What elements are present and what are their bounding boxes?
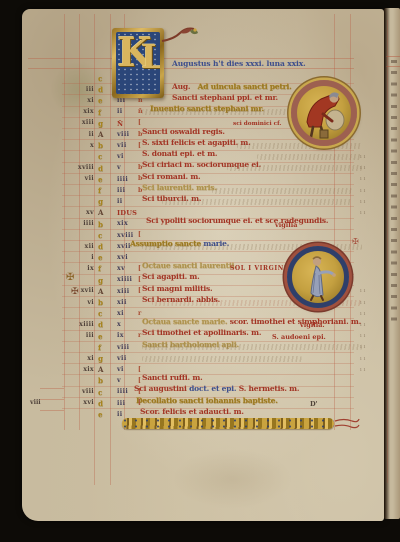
kl-initial-panel: K L [116,32,160,94]
roman-day-numeral: v [117,164,121,171]
ghost-numeral: ıı [360,311,367,317]
virgo-figure-icon [292,251,344,303]
margin-cross-icon: ✠ [66,273,74,283]
dominical-letter: A [98,208,103,217]
red-pen-flourish-icon [334,416,360,432]
rubric-mark: [ [138,276,141,283]
dominical-letter: d [98,320,103,329]
ghost-text [257,154,362,160]
marginal-note: vigilia [275,221,297,229]
dominical-letter: e [98,175,102,184]
rubric-mark: [ [138,265,141,272]
golden-number: i [48,254,94,261]
ghost-numeral: ıı [360,344,367,350]
manuscript-page: K L Augustus h't dies xxxi. luna xxix. c… [22,9,384,521]
golden-number: ix [48,265,94,272]
golden-number: vi [48,299,94,306]
roman-day-numeral: xvi [117,254,128,261]
ghost-numeral: ıı [360,176,367,182]
calendar-row: viiebiiiiSci laurentii. mris.ıı [62,174,354,185]
roman-day-numeral: ii [117,108,123,115]
golden-number: viii [30,399,41,406]
marginal-note: SOL I VIRGINE [230,265,289,272]
golden-number: iiii [48,220,94,227]
dominical-letter: A [98,365,103,374]
roman-day-numeral: vii [117,355,127,362]
golden-number: xiii [48,119,94,126]
roman-day-numeral: iii [117,97,125,104]
ghost-numeral: ıı [360,199,367,205]
ghost-numeral: ıı [360,210,367,216]
marginal-note: vigilia. [300,321,325,329]
ghost-numeral: ıı [360,367,367,373]
dominical-letter: b [98,141,103,150]
margin-cross-icon: ✠ [71,288,79,297]
golden-number: xix [48,108,94,115]
roman-day-numeral: ii [117,198,123,205]
dominical-letter: b [98,220,103,229]
roman-day-numeral: viii [117,344,129,351]
roman-day-numeral: IDUS [117,209,137,217]
ghost-text [212,188,352,194]
roman-day-numeral: ix [117,332,124,339]
facing-page-marginal-numerals [391,60,397,322]
dominical-letter: g [98,119,103,128]
ghost-numeral: ıı [360,333,367,339]
dominical-letter: c [98,152,102,161]
rubric-mark: [ [138,287,141,294]
ghost-numeral: ıı [360,300,367,306]
dominical-letter: e [98,332,102,341]
ghost-numeral: ıı [360,154,367,160]
rubric-mark: r [138,332,141,339]
facing-page-ruling-vertical [387,20,388,483]
dominical-letter: A [98,130,103,139]
calendar-row: iiierixSancti bartholomei apli.S. audoen… [62,331,354,342]
calendar-row: cviSci ciriaci m. sociorumque ei.ıı [62,151,354,162]
calendar-row: xvid[iiiScor. felicis et adaucti. m.D' [62,398,354,409]
dominical-letter: b [98,376,103,385]
roman-day-numeral: vi [117,153,124,160]
marginal-note: sci dominici cf. [233,121,281,127]
dominical-letter: A [98,287,103,296]
marginal-note: D' [310,400,318,408]
dominical-letter: c [98,74,102,83]
dominical-letter: c [98,388,102,397]
calendar-row: fviiiıı [62,342,354,353]
roman-day-numeral: v [117,377,121,384]
dominical-letter: f [98,264,101,273]
dominical-letter: c [98,231,102,240]
ghost-numeral: ıı [360,322,367,328]
golden-number: xv [48,209,94,216]
rubric-mark: r [138,310,141,317]
calendar-row: xigviiıı [62,353,354,364]
dominical-letter: f [98,108,101,117]
calendar-row: xvAIDUSSci ypoliti sociorumque ei. et sc… [62,207,354,218]
labor-of-month-roundel [291,80,357,146]
calendar-row: iiiibxixvigilia [62,219,354,230]
calendar-row: fbiiiSci tiburcii. m.ıı [62,185,354,196]
rubric-mark: [ [138,366,141,373]
ghost-numeral: ıı [360,188,367,194]
ghost-numeral: ıı [360,356,367,362]
facing-page-ruling-line [386,56,400,57]
dominical-letter: c [98,309,102,318]
roman-day-numeral: ii [117,411,123,418]
dominical-letter: d [98,85,103,94]
calendar-row: crxiOctaua sancte marie. scor. timothei … [62,308,354,319]
roman-day-numeral: xii [117,299,127,306]
golden-number: vii [48,175,94,182]
roman-day-numeral: xi [117,310,124,317]
roman-day-numeral: iii [117,400,125,407]
dominical-letter: f [98,186,101,195]
dominical-letter: f [98,343,101,352]
ghost-text [142,344,362,350]
roman-day-numeral: vii [117,142,127,149]
golden-number: x [48,142,94,149]
dominical-letter: g [98,354,103,363]
roman-day-numeral: xv [117,265,125,272]
gold-line-filler [122,418,334,429]
ghost-text [142,356,302,362]
golden-number: viii [48,388,94,395]
dominical-letter: d [98,164,103,173]
golden-number: ii [48,131,94,138]
calendar-row: xviiidbvSci romani. m.ıı [62,163,354,174]
golden-number: iii [48,332,94,339]
golden-number: xii [48,243,94,250]
rubric-mark: [ [138,142,141,149]
calendar-row: b[vSci augustini doct. et epi. S. hermet… [62,375,354,386]
photo-backdrop: K L Augustus h't dies xxxi. luna xxix. c… [0,0,400,542]
dominical-letter: g [98,197,103,206]
golden-number: xi [48,355,94,362]
rubric-mark: [ [138,119,141,126]
calendar-row: viiic[iiiiDecollatio sancti iohannis bap… [62,387,354,398]
roman-day-numeral: xiiii [117,276,132,283]
virgo-zodiac-roundel [287,246,349,308]
margin-cross-icon: ✠ [352,238,359,246]
ghost-text [237,143,362,149]
dominical-letter: g [98,276,103,285]
calendar-row: c[xviiiAssumptio sancte marie. [62,230,354,241]
golden-number: xviii [48,164,94,171]
roman-day-numeral: vi [117,366,124,373]
facing-page-edge [384,8,400,519]
ghost-numeral: ıı [360,288,367,294]
calendar-row: xixA[viSancti ruffi. m.ıı [62,364,354,375]
foliate-sprig-icon [160,25,200,47]
dominical-letter: d [98,242,103,251]
kl-letter-l: L [141,40,160,73]
golden-number: iii [48,86,94,93]
dominical-letter: b [98,298,103,307]
roman-day-numeral: Ñ [117,120,123,128]
roman-day-numeral: iii [117,187,125,194]
dominical-letter: e [98,410,102,419]
roman-day-numeral: iiii [117,388,128,395]
roman-day-numeral: xvii [117,243,131,250]
ghost-text [142,109,292,115]
marginal-note: S. audoeni epi. [272,333,326,341]
ghost-numeral: ıı [360,165,367,171]
golden-number: xvi [48,399,94,406]
calendar-row: xiiiidxSci timothei et apollinaris. m.vi… [62,319,354,330]
golden-number: xix [48,366,94,373]
roman-day-numeral: iiii [117,176,128,183]
harvester-figure-icon [297,86,351,140]
dominical-letter: e [98,253,102,262]
dominical-letter: e [98,96,102,105]
golden-number: xi [48,97,94,104]
kl-initial: K L [112,28,164,98]
roman-day-numeral: xix [117,220,128,227]
ghost-text [227,165,362,171]
roman-day-numeral: x [117,321,121,328]
roman-day-numeral: xiii [117,288,130,295]
ruling-horizontal [40,410,64,411]
calendar-row: giiıı [62,196,354,207]
dominical-letter: d [98,399,103,408]
golden-number: xiiii [48,321,94,328]
roman-day-numeral: viii [117,131,129,138]
ghost-text [162,199,352,205]
